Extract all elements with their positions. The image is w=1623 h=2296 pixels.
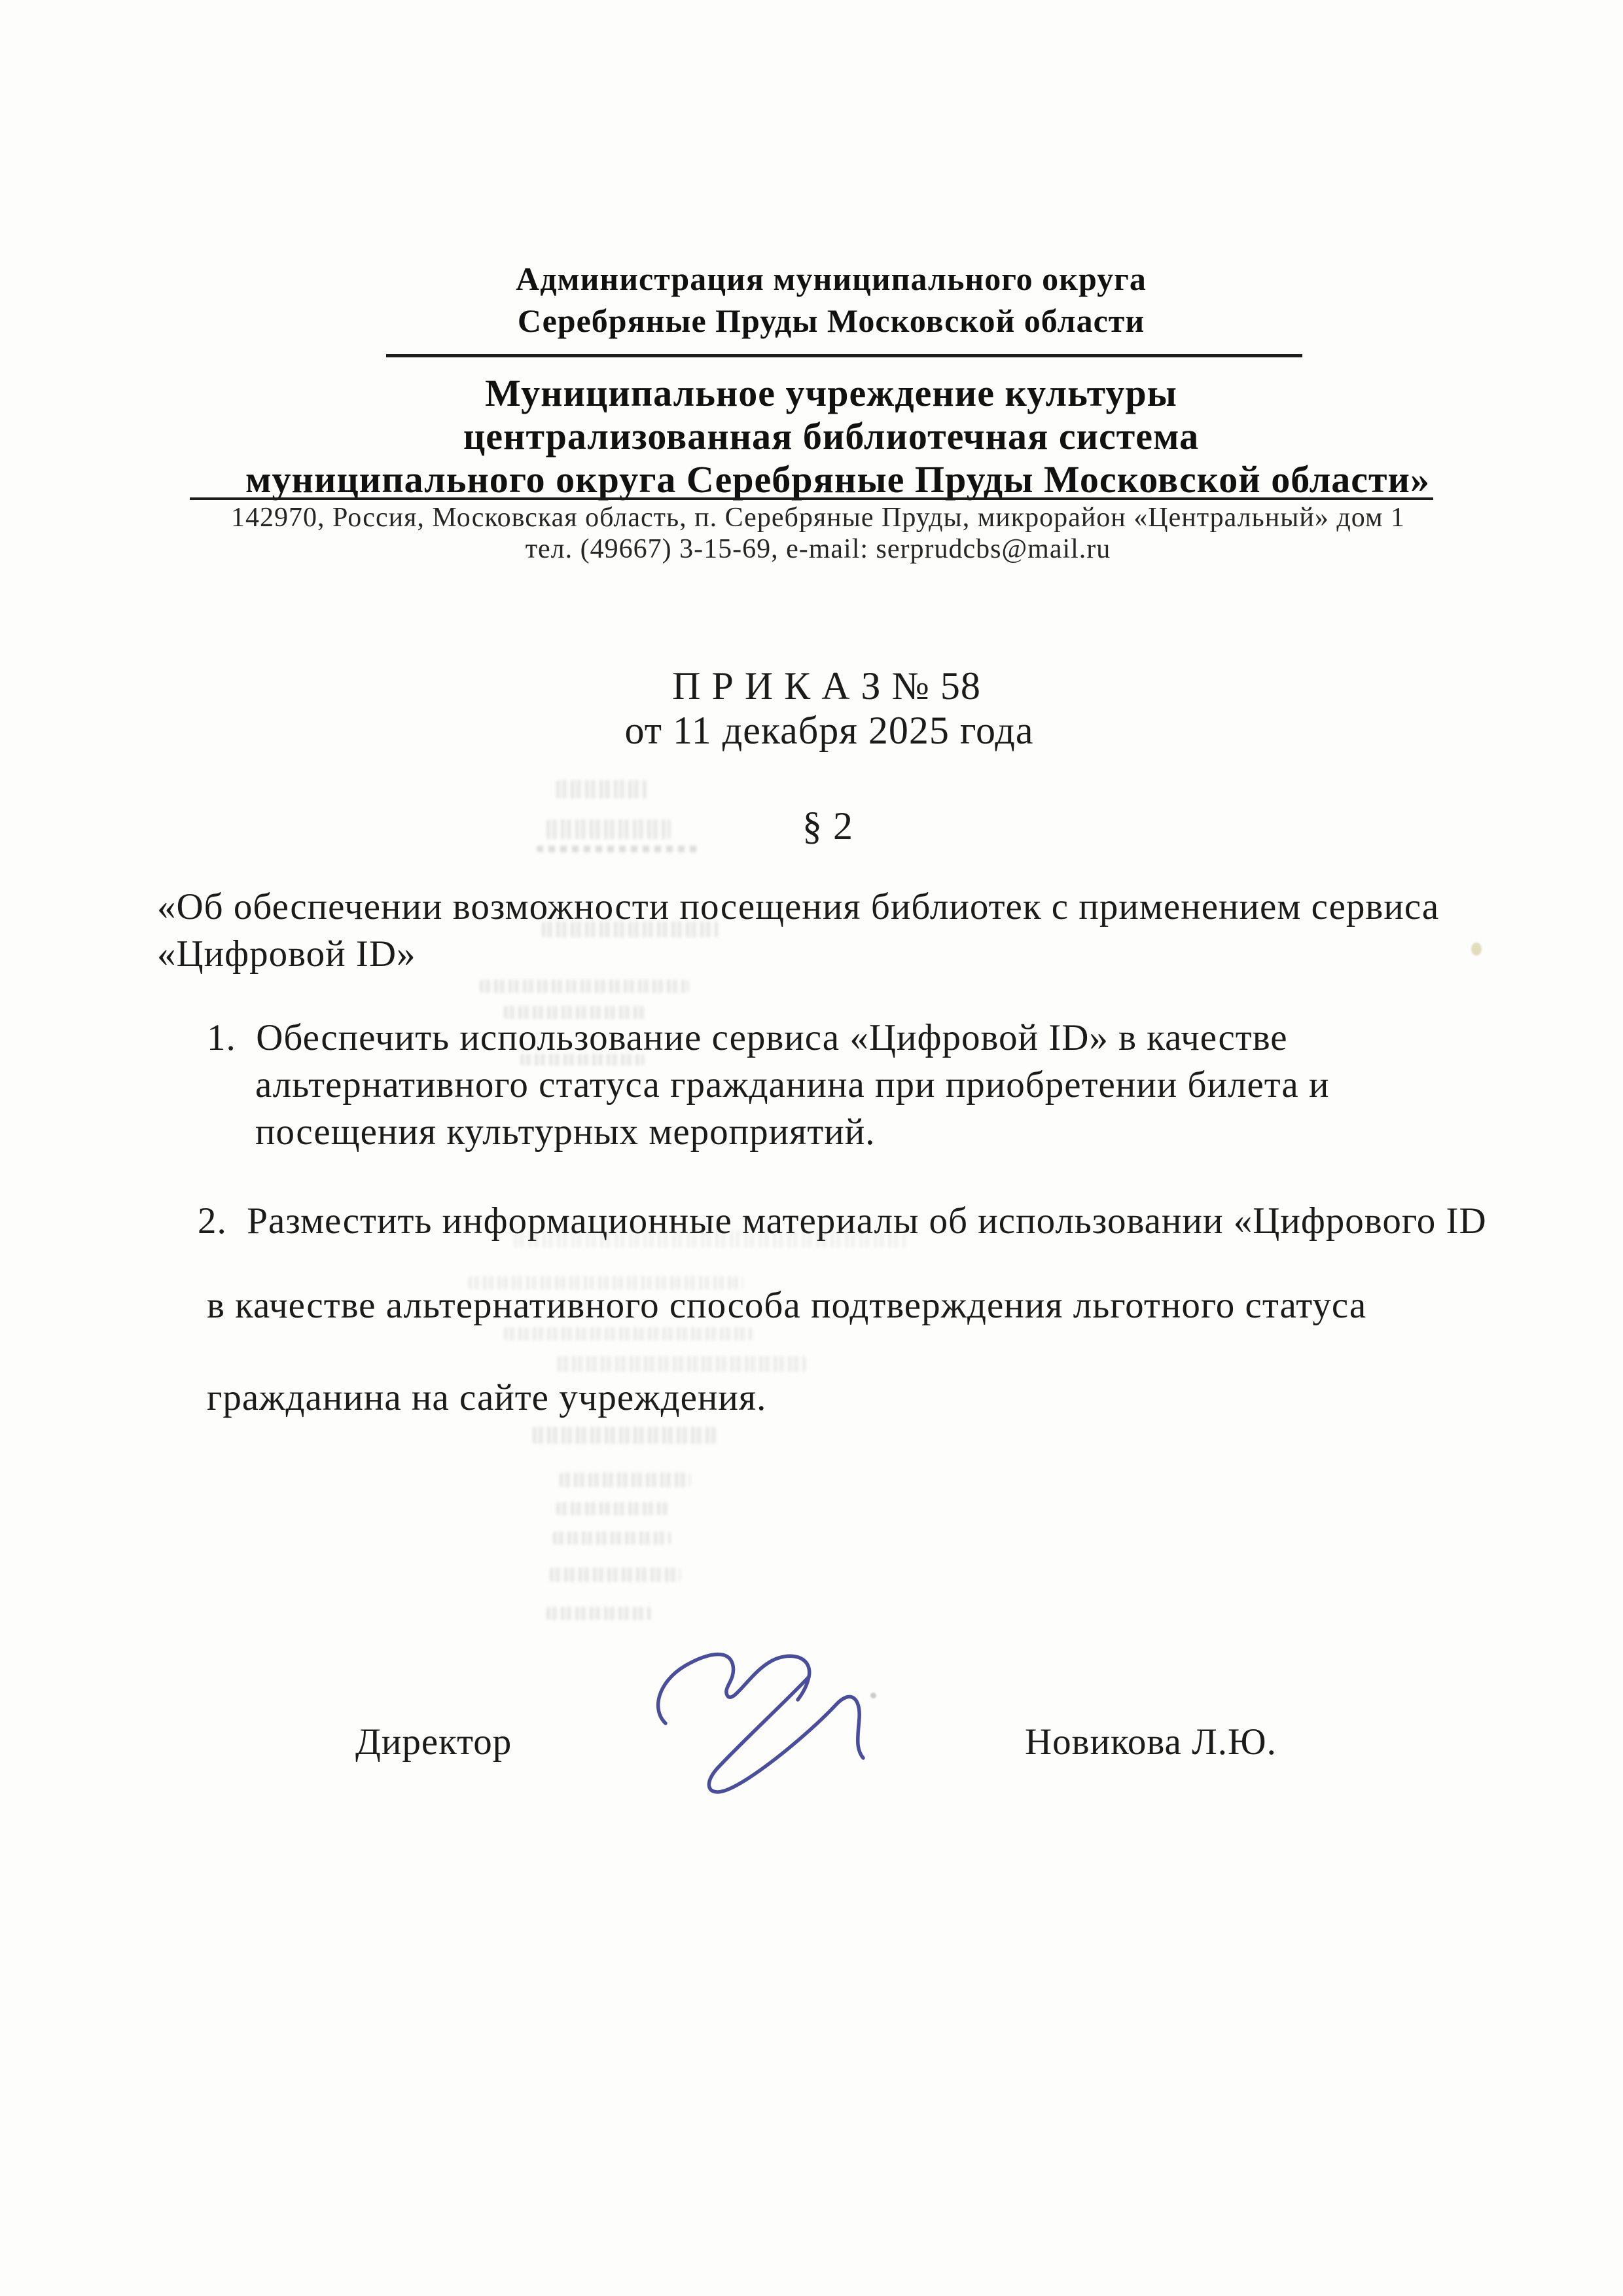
scan-artifact — [546, 819, 671, 839]
scan-artifact — [520, 1054, 645, 1066]
scan-artifact — [546, 1607, 651, 1620]
signature-name: Новикова Л.Ю. — [1025, 1720, 1277, 1765]
document-page: Администрация муниципального округа Сере… — [0, 0, 1623, 2296]
scan-artifact — [514, 1230, 906, 1247]
org-name-line3: муниципального округа Серебряные Пруды М… — [46, 457, 1623, 503]
scan-artifact — [480, 980, 689, 993]
subject-line: «Об обеспечении возможности посещения би… — [157, 885, 1439, 929]
scan-artifact — [553, 1532, 671, 1545]
signature-ink — [645, 1636, 877, 1813]
header-divider — [386, 354, 1302, 357]
order-item-line: гражданина на сайте учреждения. — [207, 1376, 766, 1420]
order-item-line: альтернативного статуса гражданина при п… — [255, 1063, 1329, 1107]
scan-artifact — [504, 1006, 645, 1019]
letterhead-admin-line1: Администрация муниципального округа — [36, 259, 1623, 298]
scan-artifact — [533, 1427, 716, 1444]
signature-position-label: Директор — [355, 1720, 512, 1765]
scan-artifact — [556, 780, 648, 798]
scan-artifact — [469, 1276, 743, 1289]
scan-fleck — [870, 1693, 876, 1698]
signature-stroke-loop — [709, 1677, 863, 1792]
order-title: П Р И К А З № 58 — [30, 662, 1623, 709]
org-name-line1: Муниципальное учреждение культуры — [39, 370, 1623, 416]
scan-fleck — [1471, 942, 1482, 956]
order-item-line: посещения культурных мероприятий. — [255, 1110, 876, 1155]
phone-email-line: тел. (49667) 3-15-69, e-mail: serprudcbs… — [13, 533, 1623, 565]
letterhead-underline — [190, 497, 1433, 500]
signature-stroke-top — [658, 1655, 810, 1723]
scan-artifact — [537, 846, 700, 852]
order-date: от 11 декабря 2025 года — [35, 707, 1623, 754]
letterhead-admin-line2: Серебряные Пруды Московской области — [36, 301, 1623, 340]
address-line: 142970, Россия, Московская область, п. С… — [13, 501, 1623, 534]
order-item-line: 1. Обеспечить использование сервиса «Циф… — [207, 1016, 1288, 1060]
scan-artifact — [556, 1502, 668, 1515]
scan-artifact — [560, 1473, 690, 1487]
subject-line: «Цифровой ID» — [157, 932, 416, 977]
org-name-line2: централизованная библиотечная система — [39, 414, 1623, 459]
order-item-line: в качестве альтернативного способа подтв… — [207, 1283, 1366, 1328]
scan-artifact — [558, 1356, 806, 1372]
scan-artifact — [504, 1327, 753, 1340]
scan-artifact — [550, 1568, 681, 1582]
order-section: § 2 — [31, 802, 1623, 850]
scan-artifact — [542, 922, 719, 937]
